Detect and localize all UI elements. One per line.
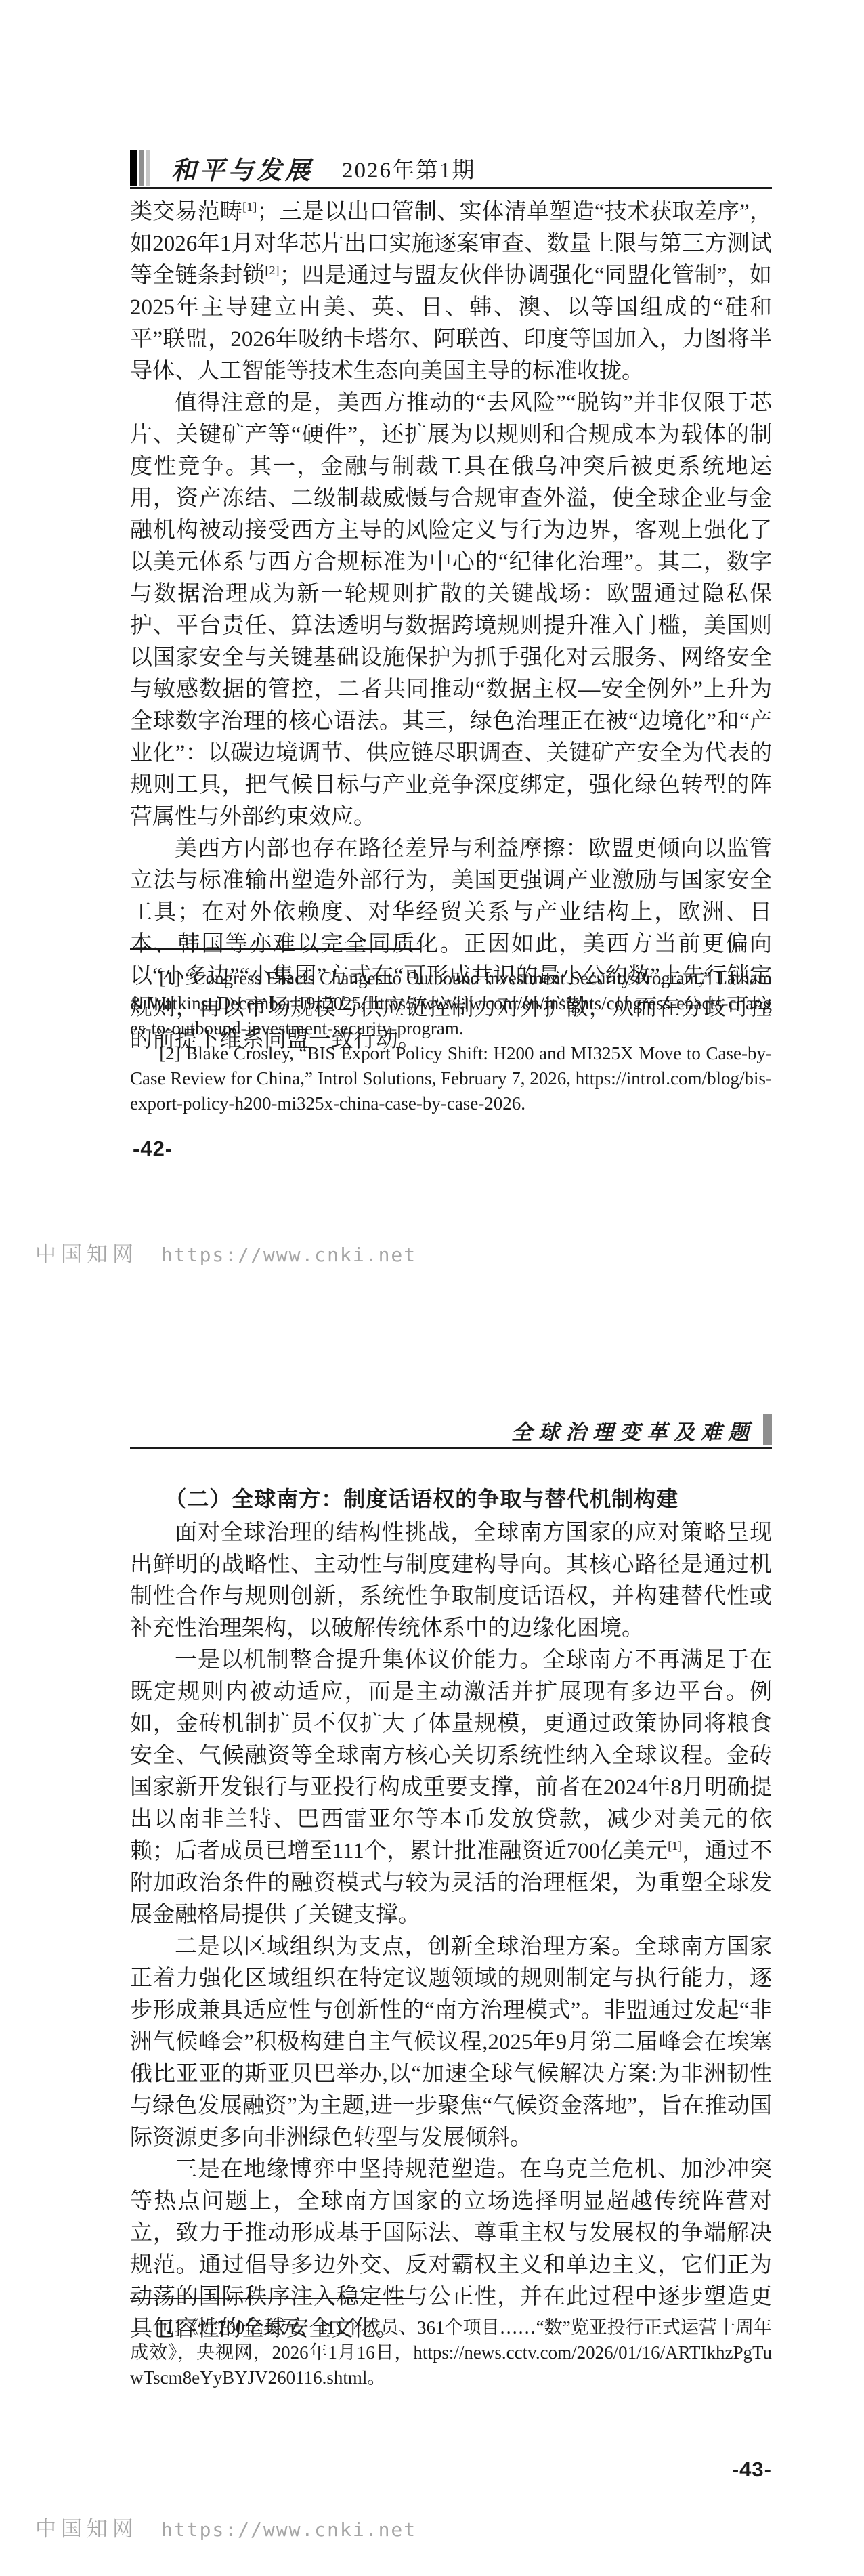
body-paragraph: 面对全球治理的结构性挑战，全球南方国家的应对策略呈现出鲜明的战略性、主动性与制度… [130, 1517, 772, 1645]
section-heading: （二）全球南方：制度话语权的争取与替代机制构建 [130, 1482, 772, 1513]
page1-body-text: 类交易范畴[1]；三是以出口管制、实体清单塑造“技术获取差序”，如2026年1月… [130, 196, 772, 1056]
page2-footnote-list: [1]《近700亿美元、111个成员、361个项目……“数”览亚投行正式运营十周… [130, 2315, 772, 2390]
page1-page-number: -42- [133, 1137, 173, 1161]
header-accent-gray-bar-icon [139, 150, 144, 186]
footnote-ref: [1] [242, 200, 257, 213]
page1-footnote-list: [1] “Congress Enacts Changes to Outbound… [130, 966, 772, 1116]
body-paragraph: 二是以区域组织为支点，创新全球治理方案。全球南方国家正着力强化区域组织在特定议题… [130, 1931, 772, 2154]
page2-page-number: -43- [130, 2457, 772, 2482]
journal-title: 和平与发展 [171, 150, 314, 186]
cnki-watermark: 中国知网 https://www.cnki.net [35, 1237, 416, 1267]
footnote-ref: [2] [265, 263, 279, 277]
cnki-url-watermark: https://www.cnki.net [161, 1244, 416, 1266]
cnki-brand-watermark: 中国知网 [35, 1237, 138, 1267]
body-paragraph: 一是以机制整合提升集体议价能力。全球南方不再满足于在既定规则内被动适应，而是主动… [130, 1645, 772, 1931]
body-paragraph: 值得注意的是，美西方推动的“去风险”“脱钩”并非仅限于芯片、关键矿产等“硬件”，… [130, 387, 772, 833]
header-accent-black-bar-icon [130, 150, 137, 186]
footnote-separator-rule [130, 948, 420, 950]
page2-footnotes: [1]《近700亿美元、111个成员、361个项目……“数”览亚投行正式运营十周… [130, 2298, 772, 2390]
cnki-brand-watermark: 中国知网 [35, 2512, 138, 2542]
page1-running-header: 和平与发展 2026年第1期 [130, 149, 772, 189]
page2-header-rule [130, 1447, 772, 1449]
document-viewer: { "watermark": { "brand": "中国知网", "url":… [0, 0, 864, 2576]
page2-body-text: 面对全球治理的结构性挑战，全球南方国家的应对策略呈现出鲜明的战略性、主动性与制度… [130, 1517, 772, 2345]
header-accent-gray-bar-icon [763, 1414, 772, 1445]
header-accent-light-bar-icon [146, 150, 150, 186]
cnki-watermark: 中国知网 https://www.cnki.net [35, 2512, 416, 2542]
journal-issue-label: 2026年第1期 [342, 152, 476, 184]
cnki-url-watermark: https://www.cnki.net [161, 2518, 416, 2541]
article-running-title: 全球治理变革及难题 [511, 1415, 755, 1445]
page1-footnotes: [1] “Congress Enacts Changes to Outbound… [130, 948, 772, 1116]
footnote-separator-rule [130, 2298, 420, 2299]
footnote-item: [1]《近700亿美元、111个成员、361个项目……“数”览亚投行正式运营十周… [130, 2315, 772, 2390]
body-paragraph: 类交易范畴[1]；三是以出口管制、实体清单塑造“技术获取差序”，如2026年1月… [130, 196, 772, 387]
footnote-item: [1] “Congress Enacts Changes to Outbound… [130, 966, 772, 1041]
footnote-item: [2] Blake Crosley, “BIS Export Policy Sh… [130, 1041, 772, 1116]
footnote-ref: [1] [668, 1839, 682, 1853]
page2-running-header: 全球治理变革及难题 [130, 1413, 772, 1447]
